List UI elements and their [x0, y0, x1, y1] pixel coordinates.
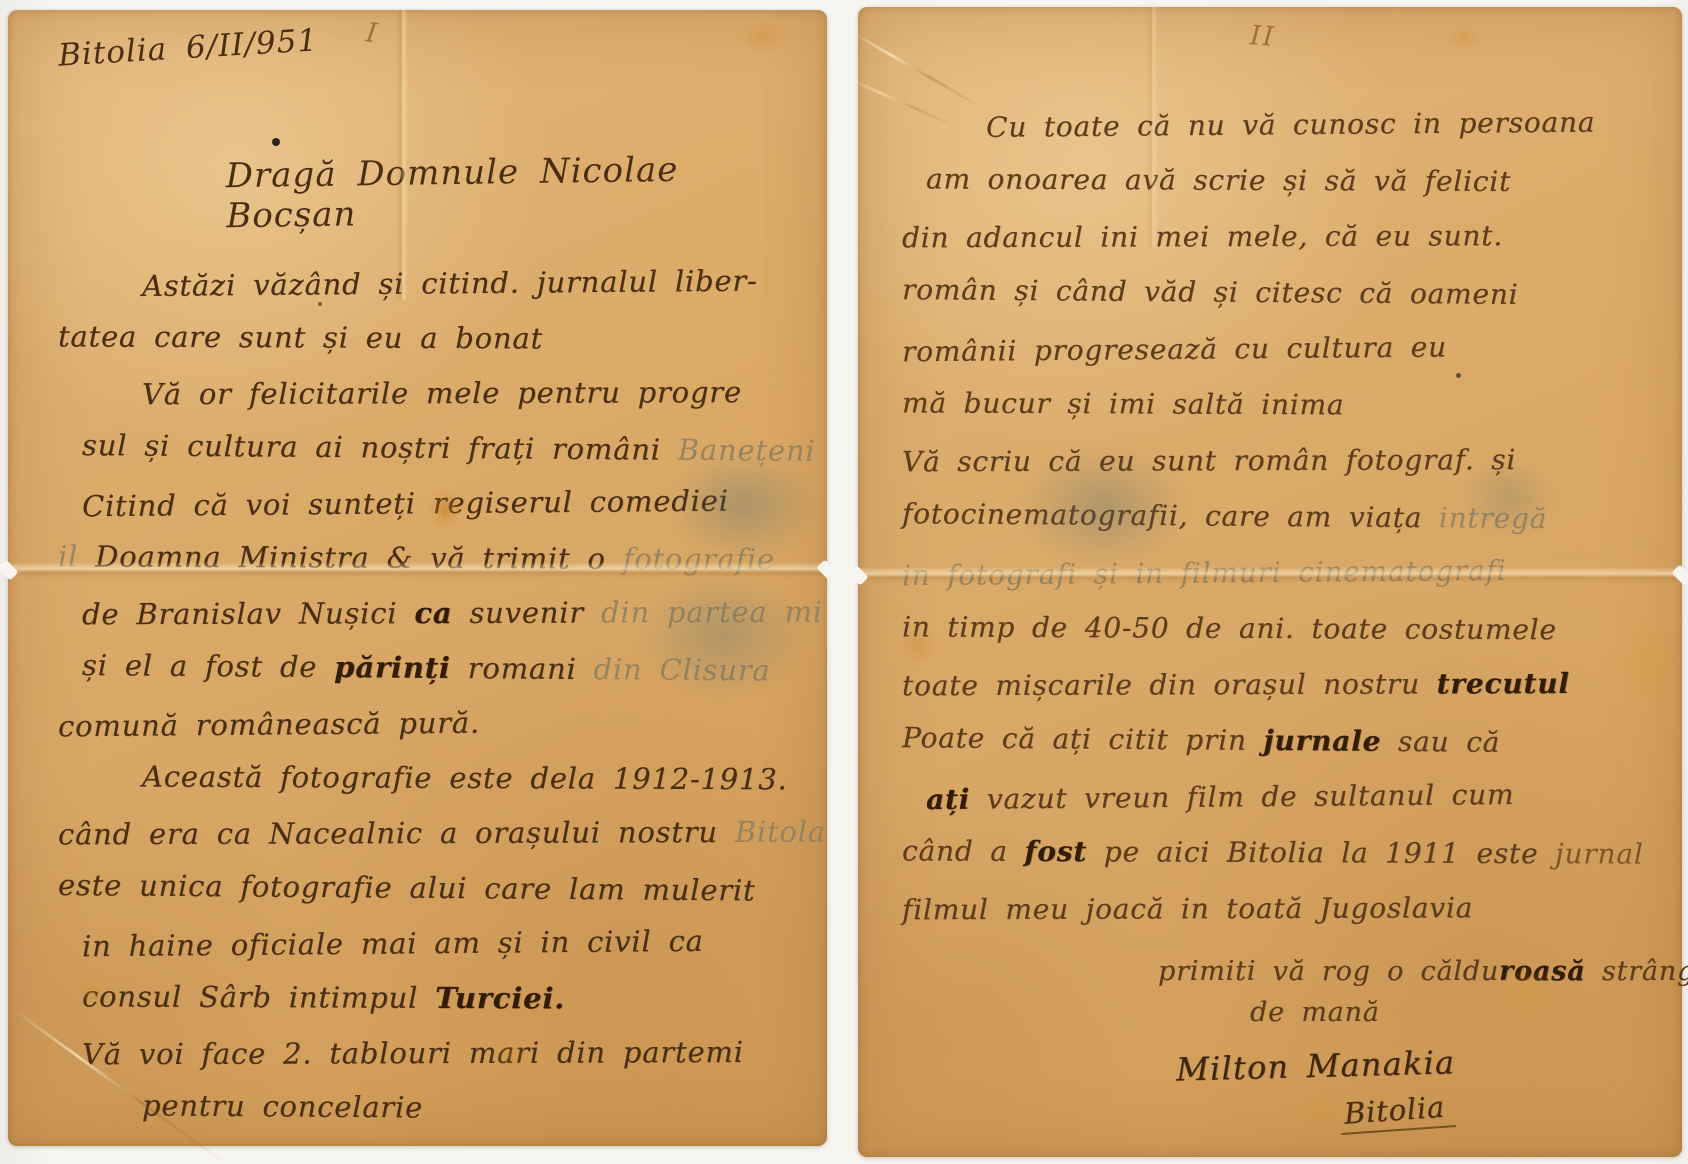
handwritten-line: când a fost pe aici Bitolia la 1911 este…: [902, 823, 1644, 882]
text-segment: este unica fotografie alui care lam mule…: [58, 868, 756, 907]
text-segment: strânger: [1586, 956, 1688, 987]
text-segment: Cu toate că nu vă cunosc in persoana: [986, 106, 1596, 144]
text-segment: fost: [1024, 835, 1087, 868]
text-segment: Turciei.: [435, 981, 565, 1016]
handwritten-line: Vă voi face 2. tablouri mari din partemi: [82, 1025, 826, 1083]
yellow-stain: [898, 627, 938, 667]
handwritten-line: mă bucur și imi saltă inima: [902, 375, 1644, 434]
blue-ink-smudge: [638, 570, 808, 700]
text-segment: Vă voi face 2. tablouri mari din partemi: [82, 1035, 744, 1071]
text-segment: Această fotografie este dela 1912-1913.: [142, 760, 788, 797]
text-segment: de mană: [1250, 997, 1380, 1028]
handwritten-line: când era ca Nacealnic a orașului nostru …: [58, 805, 826, 863]
text-segment: sul și cultura ai noștri frați români: [82, 428, 678, 467]
blue-ink-smudge: [1018, 447, 1188, 567]
horizontal-fold-crease: [858, 567, 1682, 583]
yellow-stain: [1498, 967, 1558, 1017]
signature-place: Bitolia: [1339, 1089, 1457, 1135]
text-segment: Vă scriu că eu sunt român fotograf. și: [902, 443, 1516, 478]
page-number-1: I: [364, 17, 381, 49]
handwritten-line: de mană: [1250, 992, 1688, 1033]
handwritten-line: filmul meu joacă in toată Jugoslavia: [902, 880, 1644, 939]
ink-speck: [318, 302, 322, 306]
ink-speck: [1456, 373, 1461, 378]
text-segment: jurnal: [1555, 837, 1644, 870]
text-segment: toate mișcarile din orașul nostru: [902, 667, 1437, 702]
text-segment: Vă or felicitarile mele pentru progre: [142, 375, 742, 411]
closing-block: primiti vă rog o călduroasă strângerde m…: [1158, 951, 1688, 1033]
handwritten-line: primiti vă rog o călduroasă strânger: [1158, 951, 1688, 992]
text-segment: Citind că voi sunteți regiserul comediei: [82, 484, 729, 524]
handwritten-line: comună românească pură.: [58, 693, 826, 755]
text-segment: filmul meu joacă in toată Jugoslavia: [902, 891, 1473, 926]
handwritten-line: Vă or felicitarile mele pentru progre: [142, 365, 826, 422]
text-segment: Bitola: [735, 815, 826, 849]
handwritten-line: in timp de 40-50 de ani. toate costumele: [902, 599, 1644, 658]
handwritten-line: Această fotografie este dela 1912-1913.: [142, 750, 826, 808]
yellow-stain: [1298, 1097, 1342, 1125]
handwritten-line: Cu toate că nu vă cunosc in persoana: [986, 94, 1644, 156]
ink-speck: [272, 138, 280, 146]
yellow-stain: [78, 980, 104, 1006]
handwritten-line: este unica fotografie alui care lam mule…: [58, 858, 826, 919]
text-segment: și el a fost de: [82, 648, 334, 684]
orange-stain: [428, 488, 462, 532]
vertical-crease: [1146, 7, 1158, 247]
text-segment: tatea care sunt și eu a bonat: [58, 319, 543, 355]
text-segment: consul Sârb intimpul: [82, 979, 435, 1015]
handwritten-line: românii progresează cu cultura eu: [902, 318, 1644, 380]
blue-ink-smudge: [1458, 457, 1558, 537]
handwritten-line: toate mișcarile din orașul nostru trecut…: [902, 656, 1644, 715]
text-segment: de Branislav Nușici: [82, 596, 414, 631]
yellow-stain: [1618, 617, 1678, 707]
handwritten-line: pentru concelarie: [142, 1078, 826, 1138]
dateline: Bitolia 6/II/951: [57, 22, 319, 73]
yellow-stain: [738, 20, 788, 54]
handwritten-line: tatea care sunt și eu a bonat: [58, 309, 826, 367]
letter-page-2: II Cu toate că nu vă cunosc in persoanaa…: [858, 7, 1682, 1157]
blue-ink-smudge: [668, 450, 818, 560]
text-segment: ca: [414, 596, 452, 630]
handwritten-line: Poate că ați citit prin jurnale sau că: [902, 710, 1644, 772]
page-number-2: II: [1249, 20, 1276, 53]
text-segment: părinți: [334, 650, 451, 685]
text-segment: românii progresează cu cultura eu: [902, 330, 1447, 368]
text-segment: Poate că ați citit prin: [902, 721, 1264, 757]
yellow-stain: [488, 1040, 532, 1070]
text-segment: când era ca Nacealnic a orașului nostru: [58, 815, 735, 851]
signature-name: Milton Manakia: [1176, 1043, 1456, 1088]
yellow-stain: [1448, 27, 1480, 49]
text-segment: pentru concelarie: [142, 1088, 423, 1124]
text-segment: in timp de 40-50 de ani. toate costumele: [902, 610, 1557, 646]
text-segment: din adancul ini mei mele, că eu sunt.: [902, 219, 1503, 254]
text-segment: suvenir: [452, 595, 601, 630]
letter-scan: Bitolia 6/II/951 I Dragă Domnule Nicolae…: [0, 0, 1688, 1164]
handwritten-line: am onoarea avă scrie și să vă felicit: [926, 151, 1644, 210]
text-segment: mă bucur și imi saltă inima: [902, 386, 1344, 421]
handwritten-line: consul Sârb intimpul Turciei.: [82, 969, 826, 1027]
text-segment: trecutul: [1437, 667, 1570, 700]
handwritten-line: in haine oficiale mai am și in civil ca: [82, 913, 826, 974]
text-segment: ați: [926, 783, 970, 816]
text-segment: jurnale: [1263, 724, 1381, 758]
text-segment: vazut vreun film de sultanul cum: [970, 778, 1514, 816]
text-segment: când a: [902, 834, 1025, 868]
text-segment: primiti vă rog o căldu: [1158, 956, 1499, 987]
salutation: Dragă Domnule Nicolae Bocșan: [225, 148, 827, 236]
text-segment: Astăzi văzând și citind. jurnalul liber-: [142, 264, 758, 303]
handwritten-line: din adancul ini mei mele, că eu sunt.: [902, 208, 1644, 267]
text-segment: am onoarea avă scrie și să vă felicit: [926, 162, 1511, 198]
vertical-crease: [396, 10, 408, 300]
handwritten-line: Astăzi văzând și citind. jurnalul liber-: [142, 253, 826, 314]
text-segment: in haine oficiale mai am și in civil ca: [82, 924, 704, 963]
letter-page-1: Bitolia 6/II/951 I Dragă Domnule Nicolae…: [8, 10, 827, 1146]
text-segment: comună românească pură.: [58, 706, 480, 744]
handwritten-line: ați vazut vreun film de sultanul cum: [926, 766, 1644, 828]
text-segment: pe aici Bitolia la 1911 este: [1087, 835, 1555, 870]
text-segment: sau că: [1381, 725, 1500, 759]
text-segment: român și când văd și citesc că oameni: [902, 273, 1519, 311]
handwritten-line: român și când văd și citesc că oameni: [902, 262, 1644, 324]
text-segment: romani: [451, 651, 594, 686]
